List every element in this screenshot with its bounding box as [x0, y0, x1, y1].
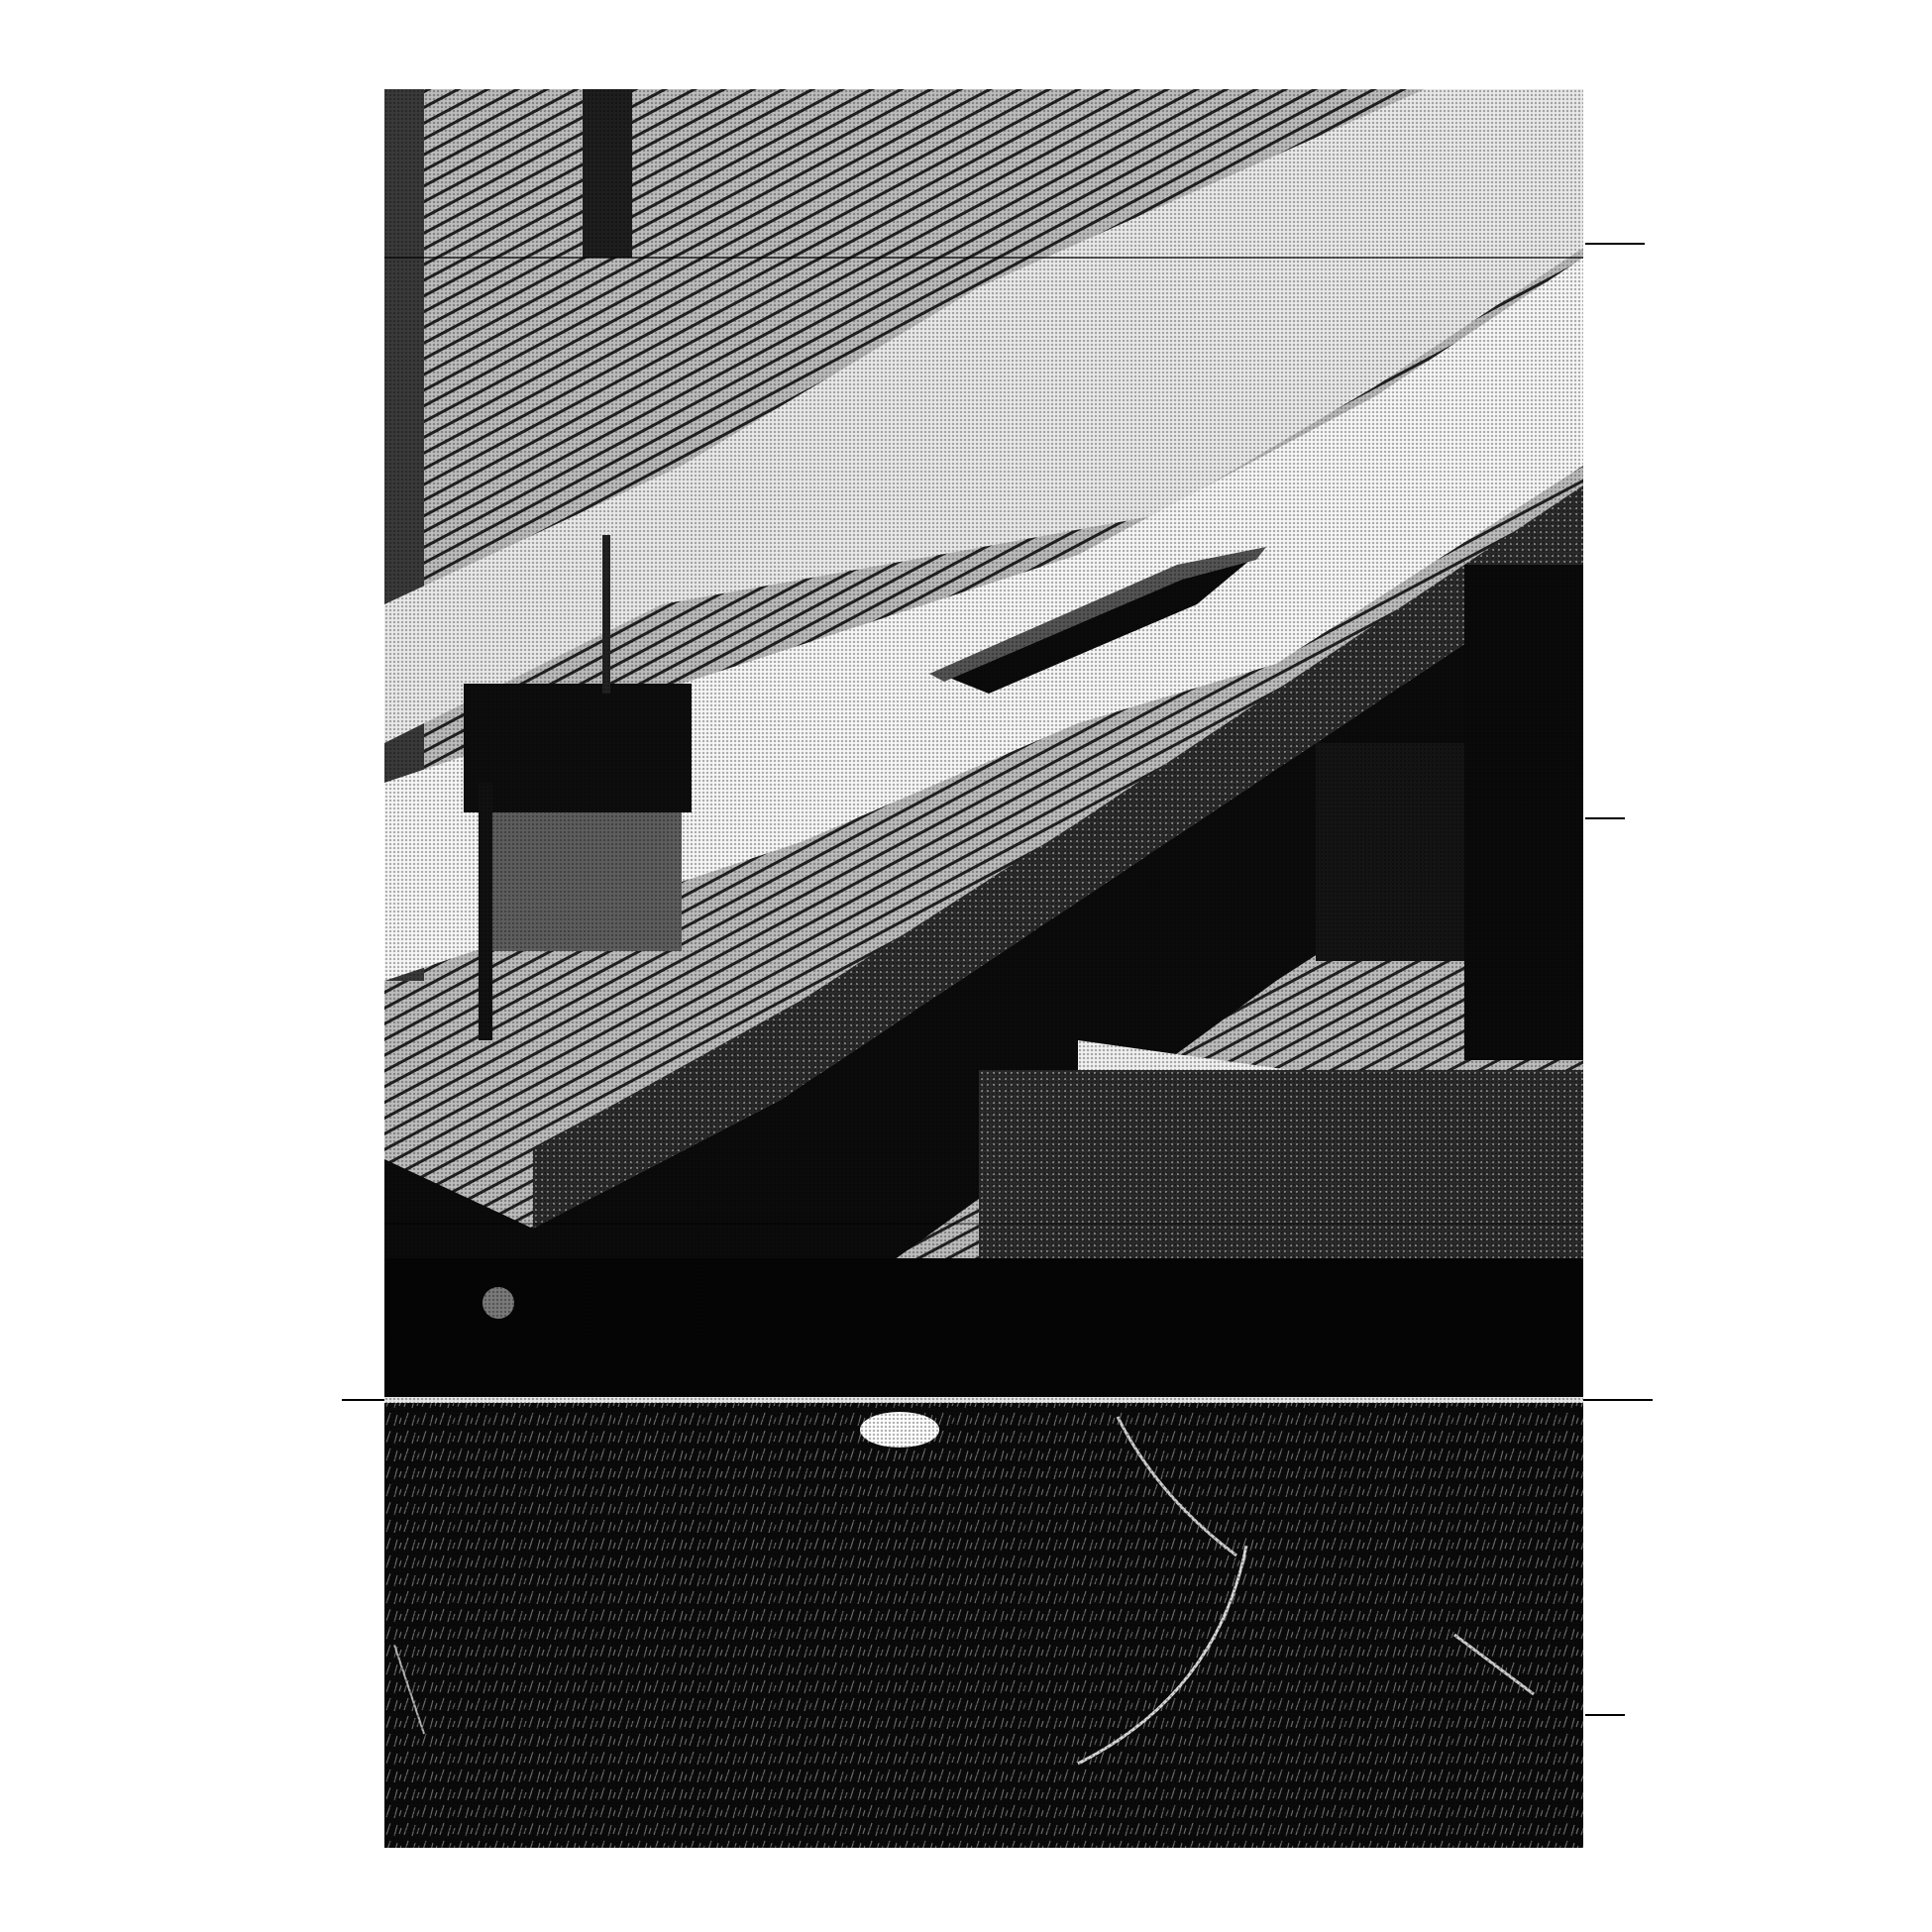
- chimney-lower: [483, 812, 682, 951]
- photo-scene: [384, 89, 1583, 1848]
- right-wall-dark: [1464, 565, 1583, 1060]
- scan-mark: [1585, 243, 1645, 245]
- round-spot: [483, 1287, 514, 1319]
- scan-mark: [1585, 817, 1625, 819]
- halftone-photograph: [384, 89, 1583, 1848]
- vent-pipe: [602, 535, 610, 694]
- scan-mark: [342, 1399, 384, 1401]
- chimney-box: [464, 684, 692, 812]
- scan-mark: [1585, 1714, 1625, 1716]
- light-spot: [860, 1412, 939, 1448]
- right-window: [1316, 743, 1464, 961]
- chimney-leg: [479, 783, 492, 1040]
- horizon-line: [384, 1397, 1583, 1403]
- ground-grass: [384, 1377, 1583, 1848]
- scan-mark: [1583, 1399, 1653, 1401]
- top-post: [583, 89, 632, 258]
- ground-shadow: [384, 1258, 1583, 1397]
- beam-shadow: [979, 1070, 1583, 1278]
